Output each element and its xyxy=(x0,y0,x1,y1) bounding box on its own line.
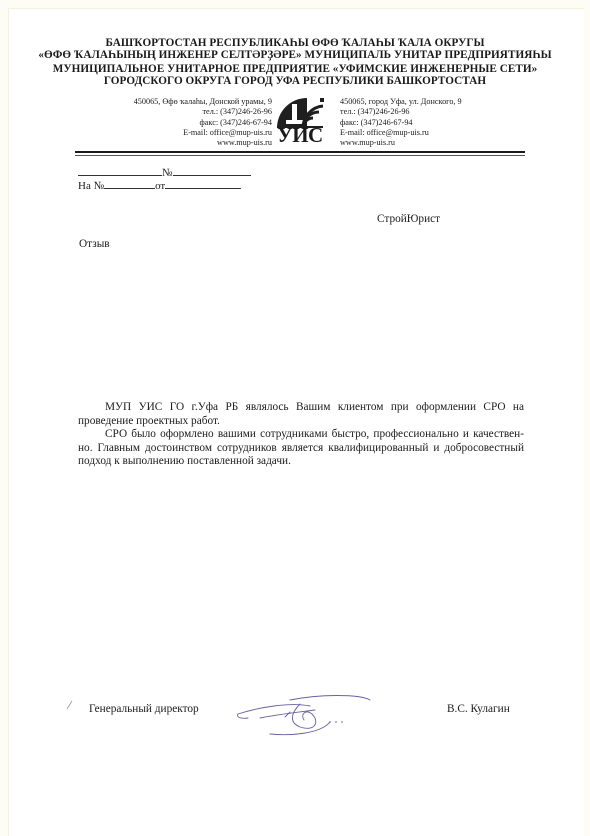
handwritten-signature-icon xyxy=(230,692,380,742)
in-reply-label: На № xyxy=(78,180,104,192)
outgoing-number-blank xyxy=(173,164,251,176)
letterhead-rule-thin xyxy=(75,155,525,156)
body-paragraph-1: МУП УИС ГО г.Уфа РБ являлось Вашим клиен… xyxy=(78,401,524,428)
scan-mark xyxy=(66,697,74,707)
fax-bashkir: факс: (347)246-67-94 xyxy=(134,118,272,128)
date-label: от xyxy=(155,180,165,192)
website-bashkir: www.mup-uis.ru xyxy=(134,138,272,148)
address-russian: 450065, город Уфа, ул. Донского, 9 xyxy=(340,97,462,107)
contacts-bashkir: 450065, Өфө ҡалаһы, Донской урамы, 9 тел… xyxy=(134,97,272,148)
in-reply-date-blank xyxy=(165,177,241,189)
phone-bashkir: тел.: (347)246-26-96 xyxy=(134,107,272,117)
email-russian: E-mail: office@mup-uis.ru xyxy=(340,128,462,138)
letter-body: МУП УИС ГО г.Уфа РБ являлось Вашим клиен… xyxy=(78,401,524,469)
address-bashkir: 450065, Өфө ҡалаһы, Донской урамы, 9 xyxy=(134,97,272,107)
in-reply-line: На №от xyxy=(78,177,241,193)
contacts-russian: 450065, город Уфа, ул. Донского, 9 тел.:… xyxy=(340,97,462,148)
in-reply-number-blank xyxy=(104,177,155,189)
body-paragraph-2: СРО было оформлено вашими сотрудниками б… xyxy=(78,428,524,469)
signatory-position: Генеральный директор xyxy=(89,703,199,715)
uis-logo-icon: УИС xyxy=(273,94,327,146)
email-bashkir: E-mail: office@mup-uis.ru xyxy=(134,128,272,138)
recipient: СтройЮрист xyxy=(377,213,440,227)
letterhead-line-2: «ӨФӨ ҠАЛАҺЫНЫҢ ИНЖЕНЕР СЕЛТӘРҘӘРЕ» МУНИЦ… xyxy=(0,49,590,62)
outgoing-date-blank xyxy=(78,164,162,176)
letterhead-line-4: ГОРОДСКОГО ОКРУГА ГОРОД УФА РЕСПУБЛИКИ Б… xyxy=(0,75,590,88)
logo-text: УИС xyxy=(273,124,327,146)
fax-russian: факс: (347)246-67-94 xyxy=(340,118,462,128)
signatory-name: В.С. Кулагин xyxy=(447,703,510,715)
phone-russian: тел.: (347)246-26-96 xyxy=(340,107,462,117)
subject: Отзыв xyxy=(79,238,110,252)
website-russian: www.mup-uis.ru xyxy=(340,138,462,148)
letterhead-rule-thick xyxy=(75,151,525,153)
